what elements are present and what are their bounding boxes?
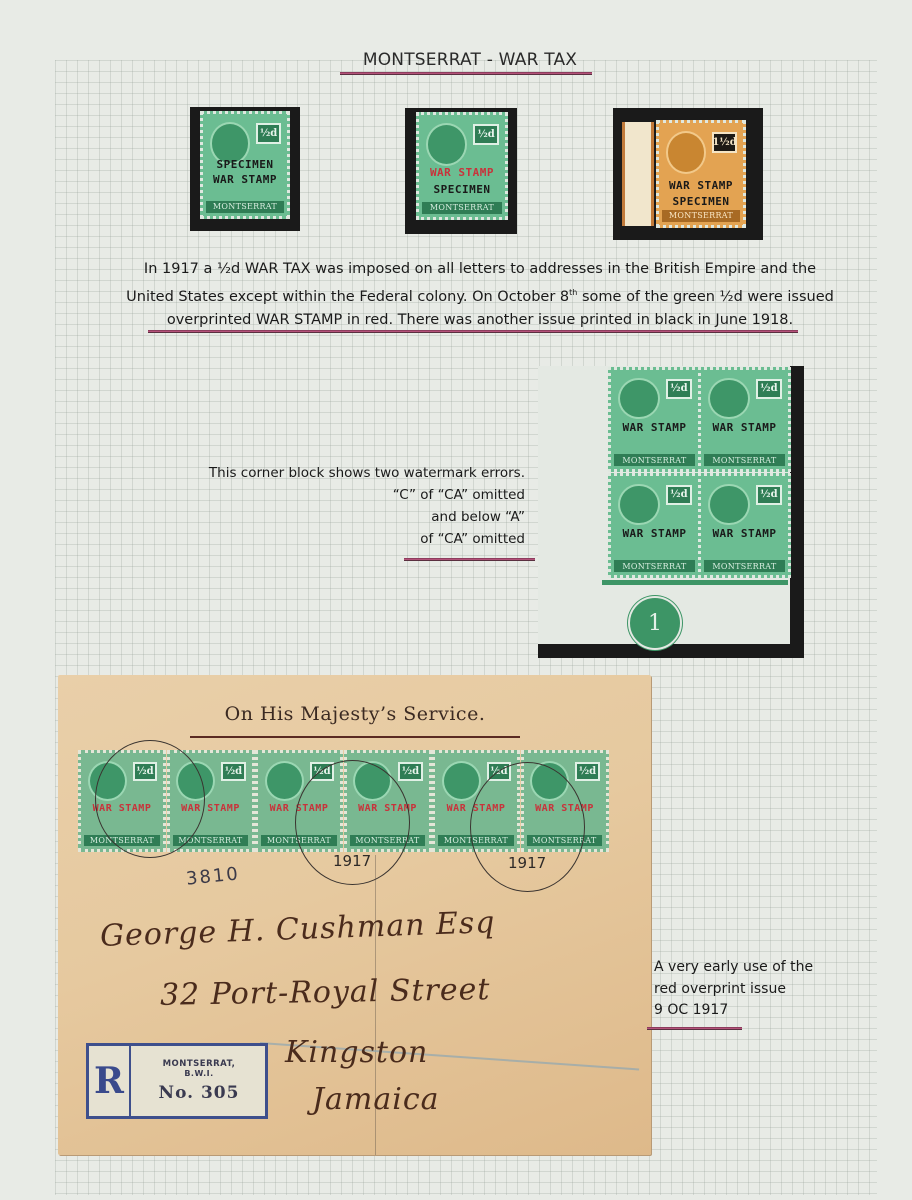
overprint: WAR STAMP bbox=[611, 421, 698, 434]
cover-header: On His Majesty’s Service. bbox=[190, 703, 520, 725]
overprint-line-2: SPECIMEN bbox=[419, 183, 505, 196]
overprint-line-2: SPECIMEN bbox=[659, 195, 743, 208]
intro-line-3: overprinted WAR STAMP in red. There was … bbox=[120, 309, 840, 332]
king-portrait-icon bbox=[442, 761, 481, 801]
stamp-value: 1½d bbox=[712, 132, 737, 152]
stamp-value: ½d bbox=[575, 762, 600, 781]
intro-line-2a: United States except within the Federal … bbox=[126, 289, 569, 305]
stamp-value: ½d bbox=[756, 485, 782, 505]
cover-note: A very early use of the red overprint is… bbox=[654, 957, 854, 1022]
page-title: MONTSERRAT - WAR TAX bbox=[330, 50, 610, 70]
stamp-country: MONTSERRAT bbox=[704, 560, 784, 572]
intro-paragraph: In 1917 a ½d WAR TAX was imposed on all … bbox=[120, 258, 840, 332]
king-portrait-icon bbox=[426, 123, 467, 166]
plate-margin-strip bbox=[602, 580, 788, 585]
king-portrait-icon bbox=[265, 761, 304, 801]
stamp-value: ½d bbox=[473, 124, 499, 144]
stamp-value: ½d bbox=[221, 762, 246, 781]
postmark-year-2: 1917 bbox=[508, 854, 546, 872]
intro-underline bbox=[148, 330, 798, 333]
overprint-line-1: SPECIMEN bbox=[203, 158, 287, 171]
cover-header-rule bbox=[190, 736, 520, 738]
block-stamp-2: ½d WAR STAMP MONTSERRAT bbox=[698, 367, 791, 472]
overprint: WAR STAMP bbox=[611, 527, 698, 540]
block-stamp-1: ½d WAR STAMP MONTSERRAT bbox=[608, 367, 701, 472]
overprint-line-1: WAR STAMP bbox=[659, 179, 743, 192]
stamp-country: MONTSERRAT bbox=[704, 454, 784, 466]
postmark-1 bbox=[95, 740, 205, 858]
stamp-country: MONTSERRAT bbox=[614, 454, 694, 466]
registration-letter: R bbox=[89, 1046, 131, 1116]
postmark-year-1: 1917 bbox=[333, 852, 371, 870]
note-line-1: This corner block shows two watermark er… bbox=[150, 462, 525, 484]
overprint-line-1: WAR STAMP bbox=[419, 166, 505, 179]
stamp-value: ½d bbox=[666, 379, 692, 399]
registration-number: No. 305 bbox=[133, 1083, 265, 1103]
album-page: MONTSERRAT - WAR TAX ½d SPECIMEN WAR STA… bbox=[0, 0, 912, 1200]
cover-note-line-1: A very early use of the bbox=[654, 957, 854, 979]
intro-line-2: United States except within the Federal … bbox=[120, 281, 840, 309]
stamp-value: ½d bbox=[756, 379, 782, 399]
stamp-country: MONTSERRAT bbox=[614, 560, 694, 572]
intro-line-1: In 1917 a ½d WAR TAX was imposed on all … bbox=[120, 258, 840, 281]
cover-note-line-3: 9 OC 1917 bbox=[654, 1000, 854, 1022]
corner-note-underline bbox=[404, 558, 535, 561]
stamp-value: ½d bbox=[666, 485, 692, 505]
overprint-line-2: WAR STAMP bbox=[203, 173, 287, 186]
address-line-4: Jamaica bbox=[312, 1082, 440, 1117]
stamp-country: MONTSERRAT bbox=[206, 201, 283, 213]
corner-block-note: This corner block shows two watermark er… bbox=[150, 462, 525, 550]
registration-line-1: MONTSERRAT, bbox=[133, 1059, 265, 1069]
king-portrait-icon bbox=[618, 484, 660, 526]
king-portrait-icon bbox=[708, 484, 750, 526]
stamp-country: MONTSERRAT bbox=[422, 202, 501, 214]
intro-line-2b: some of the green ½d were issued bbox=[577, 289, 833, 305]
stamp-selvedge bbox=[622, 122, 654, 226]
note-line-4: of “CA” omitted bbox=[150, 528, 525, 550]
king-portrait-icon bbox=[666, 131, 706, 174]
postmark-3 bbox=[470, 762, 585, 892]
overprint: WAR STAMP bbox=[701, 421, 788, 434]
stamp-country: MONTSERRAT bbox=[662, 210, 739, 222]
specimen-stamp-1: ½d SPECIMEN WAR STAMP MONTSERRAT bbox=[200, 111, 290, 219]
overprint: WAR STAMP bbox=[701, 527, 788, 540]
cover-note-line-2: red overprint issue bbox=[654, 979, 854, 1001]
cover-note-underline bbox=[647, 1027, 742, 1030]
stamp-value: ½d bbox=[256, 123, 281, 143]
plate-number-badge: 1 bbox=[630, 598, 680, 648]
registration-text: MONTSERRAT, B.W.I. No. 305 bbox=[133, 1046, 265, 1116]
specimen-stamp-2: ½d WAR STAMP SPECIMEN MONTSERRAT bbox=[416, 112, 508, 220]
address-line-2: 32 Port-Royal Street bbox=[160, 972, 491, 1013]
specimen-stamp-3: 1½d WAR STAMP SPECIMEN MONTSERRAT bbox=[656, 120, 746, 228]
block-stamp-3: ½d WAR STAMP MONTSERRAT bbox=[608, 473, 701, 578]
block-stamp-4: ½d WAR STAMP MONTSERRAT bbox=[698, 473, 791, 578]
address-line-3: Kingston bbox=[285, 1035, 428, 1070]
king-portrait-icon bbox=[708, 378, 750, 420]
note-line-3: and below “A” bbox=[150, 506, 525, 528]
title-underline bbox=[340, 72, 592, 75]
registration-label: R MONTSERRAT, B.W.I. No. 305 bbox=[86, 1043, 268, 1119]
registration-line-2: B.W.I. bbox=[133, 1069, 265, 1078]
stamp-value: ½d bbox=[398, 762, 423, 781]
king-portrait-icon bbox=[618, 378, 660, 420]
note-line-2: “C” of “CA” omitted bbox=[150, 484, 525, 506]
